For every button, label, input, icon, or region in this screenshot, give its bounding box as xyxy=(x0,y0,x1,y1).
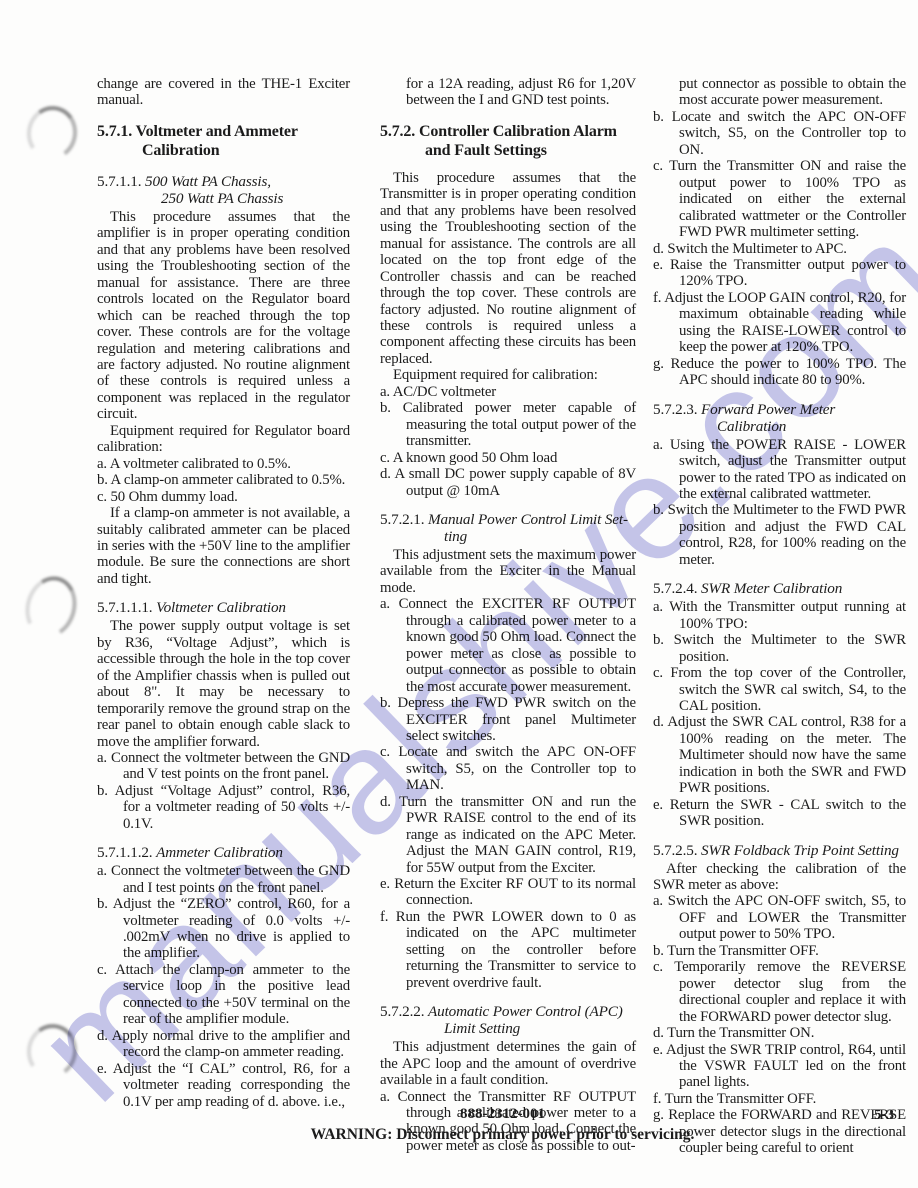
lettered-list: a. AC/DC voltmeterb. Calibrated power me… xyxy=(380,384,636,499)
list-item: e. Return the Exciter RF OUT to its norm… xyxy=(380,876,636,909)
column-3: put connector as possible to obtain the … xyxy=(653,76,906,1157)
item-label: d. xyxy=(653,1025,664,1041)
list-item: b. Locate and switch the APC ON-OFF swit… xyxy=(653,109,906,158)
item-label: c. xyxy=(97,489,107,505)
section-title: Automatic Power Control (APC) xyxy=(428,1003,623,1020)
item-text: Turn the Transmitter OFF. xyxy=(667,943,819,959)
item-label: b. xyxy=(653,943,664,959)
list-item: e. Adjust the SWR TRIP control, R64, unt… xyxy=(653,1042,906,1091)
item-label: a. xyxy=(97,456,107,472)
section-number: 5.7.1.1. xyxy=(97,173,141,190)
paragraph: If a clamp-on ammeter is not available, … xyxy=(97,505,350,587)
warning-text: WARNING: Disconnect primary power prior … xyxy=(97,1126,908,1144)
list-item: c. 50 Ohm dummy load. xyxy=(97,489,350,505)
item-label: a. xyxy=(653,893,663,909)
lettered-list: a. Connect the voltmeter between the GND… xyxy=(97,750,350,832)
list-item: a. With the Transmitter output running a… xyxy=(653,599,906,632)
paragraph: for a 12A reading, adjust R6 for 1,20V b… xyxy=(380,76,636,109)
item-label: e. xyxy=(653,797,663,813)
list-item: c. A known good 50 Ohm load xyxy=(380,450,636,466)
section-title-line2: Calibration xyxy=(142,142,219,159)
item-text: Connect the EXCITER RF OUTPUT through a … xyxy=(399,596,636,694)
item-text: Turn the Transmitter ON and raise the ou… xyxy=(669,158,906,240)
paragraph: put connector as possible to obtain the … xyxy=(653,76,906,109)
item-label: c. xyxy=(653,158,663,174)
item-text: Switch the Multimeter to APC. xyxy=(667,241,846,257)
scanned-manual-page: change are covered in the THE-1 Exciter … xyxy=(0,0,918,1188)
item-label: d. xyxy=(380,466,391,482)
item-label: a. xyxy=(380,596,390,612)
list-item: e. Raise the Transmitter output power to… xyxy=(653,257,906,290)
item-text: Connect the voltmeter between the GND an… xyxy=(111,750,350,782)
list-item: f. Turn the Transmitter OFF. xyxy=(653,1091,906,1107)
list-item: e. Adjust the “I CAL” control, R6, for a… xyxy=(97,1061,350,1110)
list-item: b. Adjust “Voltage Adjust” control, R36,… xyxy=(97,783,350,832)
list-item: d. Apply normal drive to the amplifier a… xyxy=(97,1028,350,1061)
list-item: c. Turn the Transmitter ON and raise the… xyxy=(653,158,906,240)
list-item: f. Adjust the LOOP GAIN control, R20, fo… xyxy=(653,290,906,356)
paragraph: After checking the calibration of the SW… xyxy=(653,861,906,894)
section-heading: 5.7.2.3. Forward Power Meter Calibration xyxy=(653,401,906,435)
list-item: a. Switch the APC ON-OFF switch, S5, to … xyxy=(653,893,906,942)
section-title: 500 Watt PA Chassis, xyxy=(145,173,271,190)
item-label: c. xyxy=(380,450,390,466)
doc-number: 888-2312-001 xyxy=(460,1106,545,1122)
item-text: Attach the clamp-on ammeter to the servi… xyxy=(115,962,350,1027)
item-label: b. xyxy=(97,896,108,912)
section-heading: 5.7.1.1. 500 Watt PA Chassis,250 Watt PA… xyxy=(97,173,350,207)
lettered-list: a. Using the POWER RAISE - LOWER switch,… xyxy=(653,437,906,569)
item-text: Locate and switch the APC ON-OFF switch,… xyxy=(672,109,906,158)
section-title: Voltmeter and Ammeter xyxy=(136,123,298,140)
section-title: Ammeter Calibration xyxy=(156,844,283,861)
section-title-line2: Limit Setting xyxy=(444,1020,520,1037)
lettered-list: a. Connect the EXCITER RF OUTPUT through… xyxy=(380,596,636,991)
item-label: c. xyxy=(653,665,663,681)
lettered-list: a. Connect the voltmeter between the GND… xyxy=(97,863,350,1110)
list-item: b. Switch the Multimeter to the SWR posi… xyxy=(653,632,906,665)
list-item: a. Connect the voltmeter between the GND… xyxy=(97,750,350,783)
section-heading: 5.7.2. Controller Calibration Alarmand F… xyxy=(380,122,636,161)
section-title-line2: 250 Watt PA Chassis xyxy=(161,190,283,207)
lettered-list: b. Locate and switch the APC ON-OFF swit… xyxy=(653,109,906,389)
item-text: With the Transmitter output running at 1… xyxy=(669,599,906,631)
item-label: c. xyxy=(380,744,390,760)
item-text: A clamp-on ammeter calibrated to 0.5%. xyxy=(111,472,346,488)
item-text: Switch the Multimeter to the FWD PWR pos… xyxy=(668,502,906,567)
list-item: a. A voltmeter calibrated to 0.5%. xyxy=(97,456,350,472)
item-text: Adjust the “ZERO” control, R60, for a vo… xyxy=(113,896,350,961)
paragraph: This procedure assumes that the Transmit… xyxy=(380,170,636,367)
section-title: SWR Foldback Trip Point Setting xyxy=(701,842,899,859)
item-label: b. xyxy=(380,400,391,416)
item-text: Apply normal drive to the amplifier and … xyxy=(112,1028,350,1060)
column-1: change are covered in the THE-1 Exciter … xyxy=(97,76,350,1110)
list-item: d. A small DC power supply capable of 8V… xyxy=(380,466,636,499)
item-label: c. xyxy=(97,962,107,978)
section-heading: 5.7.2.4. SWR Meter Calibration xyxy=(653,580,906,597)
section-title: SWR Meter Calibration xyxy=(701,580,842,597)
section-title: Manual Power Control Limit Set- xyxy=(428,511,628,528)
list-item: d. Switch the Multimeter to APC. xyxy=(653,241,906,257)
item-text: Turn the transmitter ON and run the PWR … xyxy=(399,794,636,876)
item-text: A known good 50 Ohm load xyxy=(393,450,558,466)
paragraph: Equipment required for calibration: xyxy=(380,367,636,383)
item-text: Adjust the SWR TRIP control, R64, until … xyxy=(666,1042,906,1091)
section-number: 5.7.2. xyxy=(380,123,415,140)
item-label: d. xyxy=(653,714,664,730)
item-text: Turn the Transmitter ON. xyxy=(667,1025,814,1041)
binder-hole-shadow-bottom xyxy=(23,1020,82,1082)
item-label: b. xyxy=(653,632,664,648)
item-text: A small DC power supply capable of 8V ou… xyxy=(395,466,637,498)
section-heading: 5.7.2.2. Automatic Power Control (APC)Li… xyxy=(380,1003,636,1037)
item-text: Temporarily remove the REVERSE power det… xyxy=(674,959,906,1024)
item-label: e. xyxy=(97,1061,107,1077)
list-item: a. Connect the EXCITER RF OUTPUT through… xyxy=(380,596,636,695)
item-label: d. xyxy=(380,794,391,810)
paragraph: This adjustment sets the maximum power a… xyxy=(380,547,636,596)
page-footer: 888-2312-001 5-3 WARNING: Disconnect pri… xyxy=(97,1106,908,1144)
item-label: a. xyxy=(380,1089,390,1105)
binder-hole-shadow-middle xyxy=(18,570,83,643)
paragraph: This procedure assumes that the amplifie… xyxy=(97,209,350,423)
item-text: Depress the FWD PWR switch on the EXCITE… xyxy=(398,695,636,744)
item-label: c. xyxy=(653,959,663,975)
list-item: d. Adjust the SWR CAL control, R38 for a… xyxy=(653,714,906,796)
lettered-list: a. With the Transmitter output running a… xyxy=(653,599,906,829)
item-text: Return the Exciter RF OUT to its normal … xyxy=(394,876,636,908)
list-item: a. AC/DC voltmeter xyxy=(380,384,636,400)
item-text: Return the SWR - CAL switch to the SWR p… xyxy=(670,797,906,829)
item-text: 50 Ohm dummy load. xyxy=(111,489,238,505)
item-text: AC/DC voltmeter xyxy=(393,384,496,400)
list-item: c. From the top cover of the Controller,… xyxy=(653,665,906,714)
item-label: d. xyxy=(653,241,664,257)
item-label: a. xyxy=(97,750,107,766)
section-title-line2: and Fault Settings xyxy=(425,142,547,159)
page-columns: change are covered in the THE-1 Exciter … xyxy=(97,76,906,1157)
item-label: g. xyxy=(653,356,664,372)
item-text: From the top cover of the Controller, sw… xyxy=(670,665,906,714)
item-text: Adjust the SWR CAL control, R38 for a 10… xyxy=(667,714,906,796)
section-number: 5.7.1.1.1. xyxy=(97,599,152,616)
item-label: e. xyxy=(653,257,663,273)
paragraph: change are covered in the THE-1 Exciter … xyxy=(97,76,350,109)
item-label: f. xyxy=(653,290,661,306)
section-number: 5.7.2.5. xyxy=(653,842,697,859)
list-item: b. Calibrated power meter capable of mea… xyxy=(380,400,636,449)
list-item: e. Return the SWR - CAL switch to the SW… xyxy=(653,797,906,830)
paragraph: This adjustment determines the gain of t… xyxy=(380,1039,636,1088)
lettered-list: a. A voltmeter calibrated to 0.5%.b. A c… xyxy=(97,456,350,505)
section-heading: 5.7.1.1.2. Ammeter Calibration xyxy=(97,844,350,861)
section-title-line2: ting xyxy=(444,528,467,545)
list-item: b. A clamp-on ammeter calibrated to 0.5%… xyxy=(97,472,350,488)
paragraph: Equipment required for Regulator board c… xyxy=(97,423,350,456)
item-label: d. xyxy=(97,1028,108,1044)
section-number: 5.7.2.1. xyxy=(380,511,424,528)
section-number: 5.7.2.4. xyxy=(653,580,697,597)
list-item: b. Adjust the “ZERO” control, R60, for a… xyxy=(97,896,350,962)
list-item: a. Connect the voltmeter between the GND… xyxy=(97,863,350,896)
item-label: f. xyxy=(380,909,388,925)
section-number: 5.7.1. xyxy=(97,123,132,140)
list-item: c. Attach the clamp-on ammeter to the se… xyxy=(97,962,350,1028)
item-label: a. xyxy=(653,599,663,615)
list-item: a. Using the POWER RAISE - LOWER switch,… xyxy=(653,437,906,503)
section-heading: 5.7.2.1. Manual Power Control Limit Set-… xyxy=(380,511,636,545)
item-text: Calibrated power meter capable of measur… xyxy=(403,400,636,449)
list-item: c. Locate and switch the APC ON-OFF swit… xyxy=(380,744,636,793)
item-text: Using the POWER RAISE - LOWER switch, ad… xyxy=(670,437,906,502)
item-text: Adjust the LOOP GAIN control, R20, for m… xyxy=(664,290,906,355)
item-label: e. xyxy=(653,1042,663,1058)
item-label: a. xyxy=(97,863,107,879)
section-title: Forward Power Meter Calibration xyxy=(701,401,835,435)
item-text: Locate and switch the APC ON-OFF switch,… xyxy=(398,744,636,793)
paragraph: The power supply output voltage is set b… xyxy=(97,618,350,750)
item-text: Adjust the “I CAL” control, R6, for a vo… xyxy=(113,1061,350,1110)
item-label: b. xyxy=(380,695,391,711)
item-label: b. xyxy=(653,502,664,518)
item-label: b. xyxy=(97,783,108,799)
item-text: A voltmeter calibrated to 0.5%. xyxy=(110,456,291,472)
list-item: d. Turn the transmitter ON and run the P… xyxy=(380,794,636,876)
page-number: 5-3 xyxy=(874,1107,894,1124)
item-label: b. xyxy=(653,109,664,125)
list-item: b. Depress the FWD PWR switch on the EXC… xyxy=(380,695,636,744)
section-heading: 5.7.2.5. SWR Foldback Trip Point Setting xyxy=(653,842,906,859)
list-item: b. Switch the Multimeter to the FWD PWR … xyxy=(653,502,906,568)
section-number: 5.7.2.2. xyxy=(380,1003,424,1020)
item-label: a. xyxy=(653,437,663,453)
section-heading: 5.7.1. Voltmeter and AmmeterCalibration xyxy=(97,122,350,161)
section-title: Voltmeter Calibration xyxy=(156,599,286,616)
item-text: Raise the Transmitter output power to 12… xyxy=(670,257,906,289)
list-item: c. Temporarily remove the REVERSE power … xyxy=(653,959,906,1025)
column-2: for a 12A reading, adjust R6 for 1,20V b… xyxy=(380,76,636,1154)
item-text: Switch the Multimeter to the SWR positio… xyxy=(674,632,906,664)
item-text: Run the PWR LOWER down to 0 as indicated… xyxy=(396,909,636,991)
list-item: d. Turn the Transmitter ON. xyxy=(653,1025,906,1041)
item-text: Connect the voltmeter between the GND an… xyxy=(111,863,350,895)
item-label: f. xyxy=(653,1091,661,1107)
item-text: Reduce the power to 100% TPO. The APC sh… xyxy=(670,356,906,388)
item-text: Turn the Transmitter OFF. xyxy=(665,1091,817,1107)
section-number: 5.7.1.1.2. xyxy=(97,844,152,861)
footer-line: 888-2312-001 5-3 xyxy=(97,1106,908,1123)
list-item: b. Turn the Transmitter OFF. xyxy=(653,943,906,959)
list-item: g. Reduce the power to 100% TPO. The APC… xyxy=(653,356,906,389)
section-title: Controller Calibration Alarm xyxy=(419,123,617,140)
binder-hole-shadow-top xyxy=(23,102,82,164)
section-heading: 5.7.1.1.1. Voltmeter Calibration xyxy=(97,599,350,616)
item-label: b. xyxy=(97,472,108,488)
list-item: f. Run the PWR LOWER down to 0 as indica… xyxy=(380,909,636,991)
item-text: Adjust “Voltage Adjust” control, R36, fo… xyxy=(115,783,350,832)
item-label: e. xyxy=(380,876,390,892)
item-text: Switch the APC ON-OFF switch, S5, to OFF… xyxy=(668,893,906,942)
item-label: a. xyxy=(380,384,390,400)
section-number: 5.7.2.3. xyxy=(653,401,697,418)
